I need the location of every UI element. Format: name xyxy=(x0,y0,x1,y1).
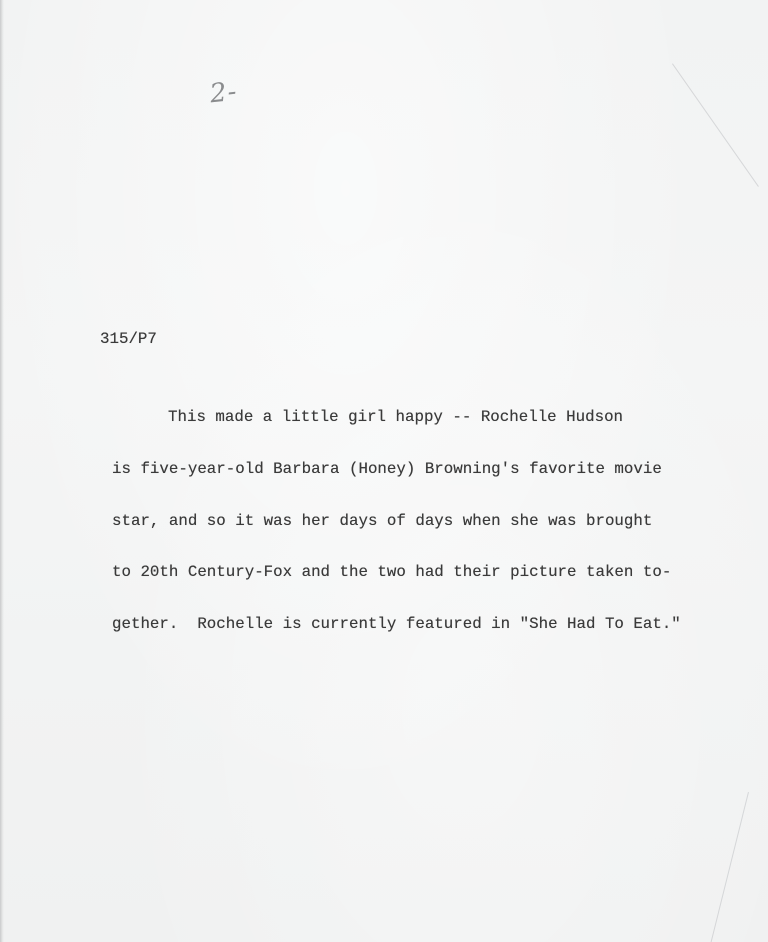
caption-line: to 20th Century-Fox and the two had thei… xyxy=(112,564,681,581)
paper-crease-bottom-right xyxy=(709,792,749,942)
handwritten-page-mark: 2- xyxy=(209,77,239,110)
caption-line: This made a little girl happy -- Rochell… xyxy=(112,409,681,426)
caption-paragraph: This made a little girl happy -- Rochell… xyxy=(112,375,681,667)
caption-line: is five-year-old Barbara (Honey) Brownin… xyxy=(112,461,681,478)
reference-code: 315/P7 xyxy=(100,331,157,348)
paper-crease-top-right xyxy=(672,63,759,186)
caption-line: star, and so it was her days of days whe… xyxy=(112,513,681,530)
caption-line: gether. Rochelle is currently featured i… xyxy=(112,616,681,633)
paper-left-edge xyxy=(0,0,4,942)
paper-sheet: 2- 315/P7 This made a little girl happy … xyxy=(0,0,768,942)
